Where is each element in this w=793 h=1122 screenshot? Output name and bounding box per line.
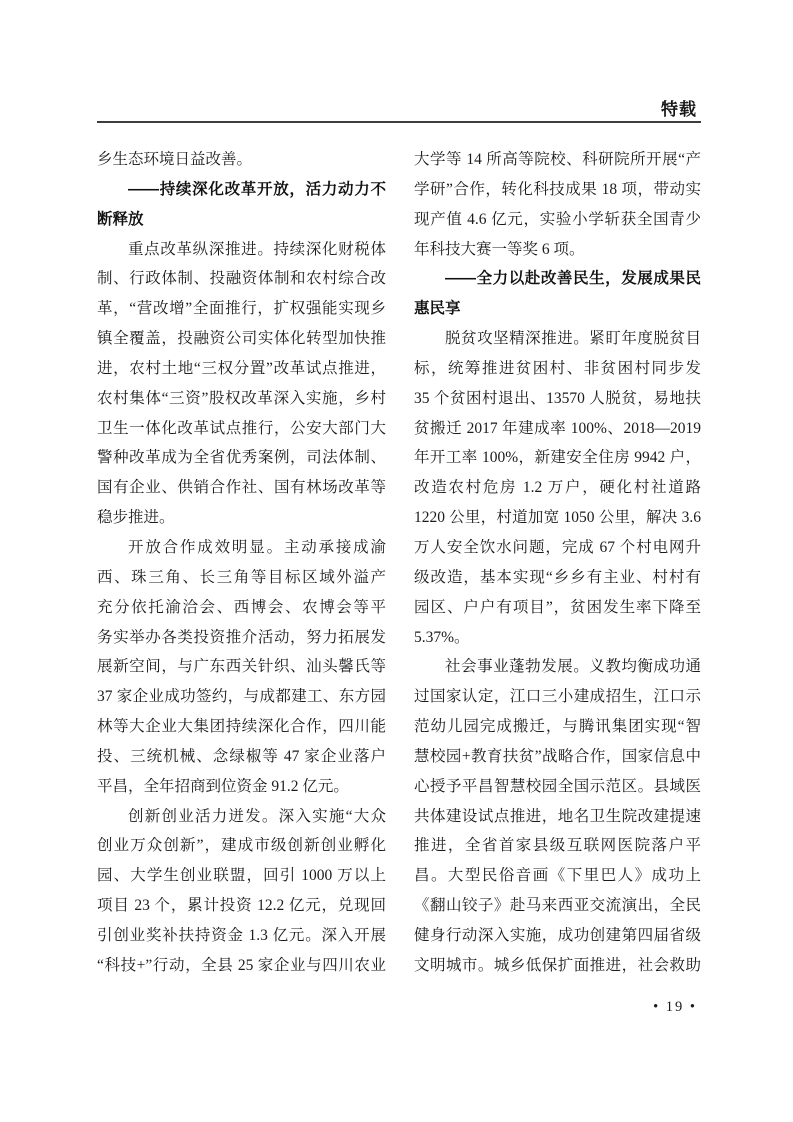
- text-line: 1220 公里，村道加宽 1050 公里，解决 3.6: [414, 503, 701, 533]
- text-line: 社会事业蓬勃发展。义教均衡成功通: [414, 652, 701, 682]
- document-page: 特载 乡生态环境日益改善。 ——持续深化改革开放，活力动力不 断释放 重点改革纵…: [0, 0, 793, 1122]
- text-line: 务实举办各类投资推介活动，努力拓展发: [97, 623, 386, 653]
- text-line: 林等大企业大集团持续深化合作，四川能: [97, 712, 386, 742]
- text-line: 卫生一体化改革试点推行，公安大部门大: [97, 414, 386, 444]
- text-line: 万人安全饮水问题，完成 67 个村电网升: [414, 533, 701, 563]
- text-line: 过国家认定，江口三小建成招生，江口示: [414, 682, 701, 712]
- text-line: 年开工率 100%，新建安全住房 9942 户，: [414, 443, 701, 473]
- heading-line: 惠民享: [414, 294, 701, 324]
- text-line: 创业万众创新”，建成市级创新创业孵化: [97, 831, 386, 861]
- text-line: 脱贫攻坚精深推进。紧盯年度脱贫目: [414, 324, 701, 354]
- text-line: 5.37%。: [414, 623, 701, 653]
- text-line: 37 家企业成功签约，与成都建工、东方园: [97, 682, 386, 712]
- text-line: 范幼儿园完成搬迁，与腾讯集团实现“智: [414, 712, 701, 742]
- text-line: 学研”合作，转化科技成果 18 项，带动实: [414, 175, 701, 205]
- text-line: 制、行政体制、投融资体制和农村综合改: [97, 264, 386, 294]
- header-rule-divider: [97, 121, 701, 123]
- text-line: 慧校园+教育扶贫”战略合作，国家信息中: [414, 742, 701, 772]
- text-line: 进，农村土地“三权分置”改革试点推进，: [97, 354, 386, 384]
- text-line: 贫搬迁 2017 年建成率 100%、2018—2019: [414, 414, 701, 444]
- text-line: 革，“营改增”全面推行，扩权强能实现乡: [97, 294, 386, 324]
- heading-line: 断释放: [97, 205, 386, 235]
- text-line: 平昌，全年招商到位资金 91.2 亿元。: [97, 772, 386, 802]
- text-line: 园区、户户有项目”，贫困发生率下降至: [414, 593, 701, 623]
- text-line: 共体建设试点推进，地名卫生院改建提速: [414, 802, 701, 832]
- text-line: 级改造，基本实现“乡乡有主业、村村有: [414, 563, 701, 593]
- text-line: 项目 23 个，累计投资 12.2 亿元，兑现回: [97, 891, 386, 921]
- text-line: 开放合作成效明显。主动承接成渝: [97, 533, 386, 563]
- text-line: 改造农村危房 1.2 万户，硬化村社道路: [414, 473, 701, 503]
- text-line: 引创业奖补扶持资金 1.3 亿元。深入开展: [97, 921, 386, 951]
- text-line: 西、珠三角、长三角等目标区域外溢产业，: [97, 563, 386, 593]
- text-line: 心授予平昌智慧校园全国示范区。县域医: [414, 772, 701, 802]
- text-line: 创新创业活力迸发。深入实施“大众: [97, 802, 386, 832]
- text-line: 35 个贫困村退出、13570 人脱贫，易地扶: [414, 384, 701, 414]
- page-number: • 19 •: [653, 999, 697, 1016]
- text-line: 农村集体“三资”股权改革深入实施，乡村: [97, 384, 386, 414]
- text-column-left: 乡生态环境日益改善。 ——持续深化改革开放，活力动力不 断释放 重点改革纵深推进…: [97, 145, 386, 981]
- text-column-right: 大学等 14 所高等院校、科研院所开展“产 学研”合作，转化科技成果 18 项，…: [414, 145, 701, 981]
- page-header-title: 特载: [661, 95, 697, 120]
- text-line: 推进，全省首家县级互联网医院落户平: [414, 831, 701, 861]
- text-line: 大学等 14 所高等院校、科研院所开展“产: [414, 145, 701, 175]
- text-line: 展新空间，与广东西关针织、汕头馨氏等: [97, 652, 386, 682]
- text-line: 昌。大型民俗音画《下里巴人》成功上演，: [414, 861, 701, 891]
- text-line: 国有企业、供销合作社、国有林场改革等: [97, 473, 386, 503]
- text-line: 年科技大赛一等奖 6 项。: [414, 235, 701, 265]
- text-line: 文明城市。城乡低保扩面推进，社会救助: [414, 951, 701, 981]
- text-line: 现产值 4.6 亿元，实验小学斩获全国青少: [414, 205, 701, 235]
- text-line: 乡生态环境日益改善。: [97, 145, 386, 175]
- text-line: 充分依托渝洽会、西博会、农博会等平台，: [97, 593, 386, 623]
- text-line: 重点改革纵深推进。持续深化财税体: [97, 235, 386, 265]
- text-line: 稳步推进。: [97, 503, 386, 533]
- heading-line: ——持续深化改革开放，活力动力不: [97, 175, 386, 205]
- text-line: 园、大学生创业联盟，回引 1000 万以上: [97, 861, 386, 891]
- text-line: 健身行动深入实施，成功创建第四届省级: [414, 921, 701, 951]
- text-line: 警种改革成为全省优秀案例，司法体制、: [97, 443, 386, 473]
- text-line: 投、三统机械、念绿椒等 47 家企业落户: [97, 742, 386, 772]
- text-line: “科技+”行动，全县 25 家企业与四川农业: [97, 951, 386, 981]
- text-line: 《翻山铰子》赴马来西亚交流演出，全民: [414, 891, 701, 921]
- text-line: 镇全覆盖，投融资公司实体化转型加快推: [97, 324, 386, 354]
- heading-line: ——全力以赴改善民生，发展成果民: [414, 264, 701, 294]
- text-line: 标，统筹推进贫困村、非贫困村同步发展，: [414, 354, 701, 384]
